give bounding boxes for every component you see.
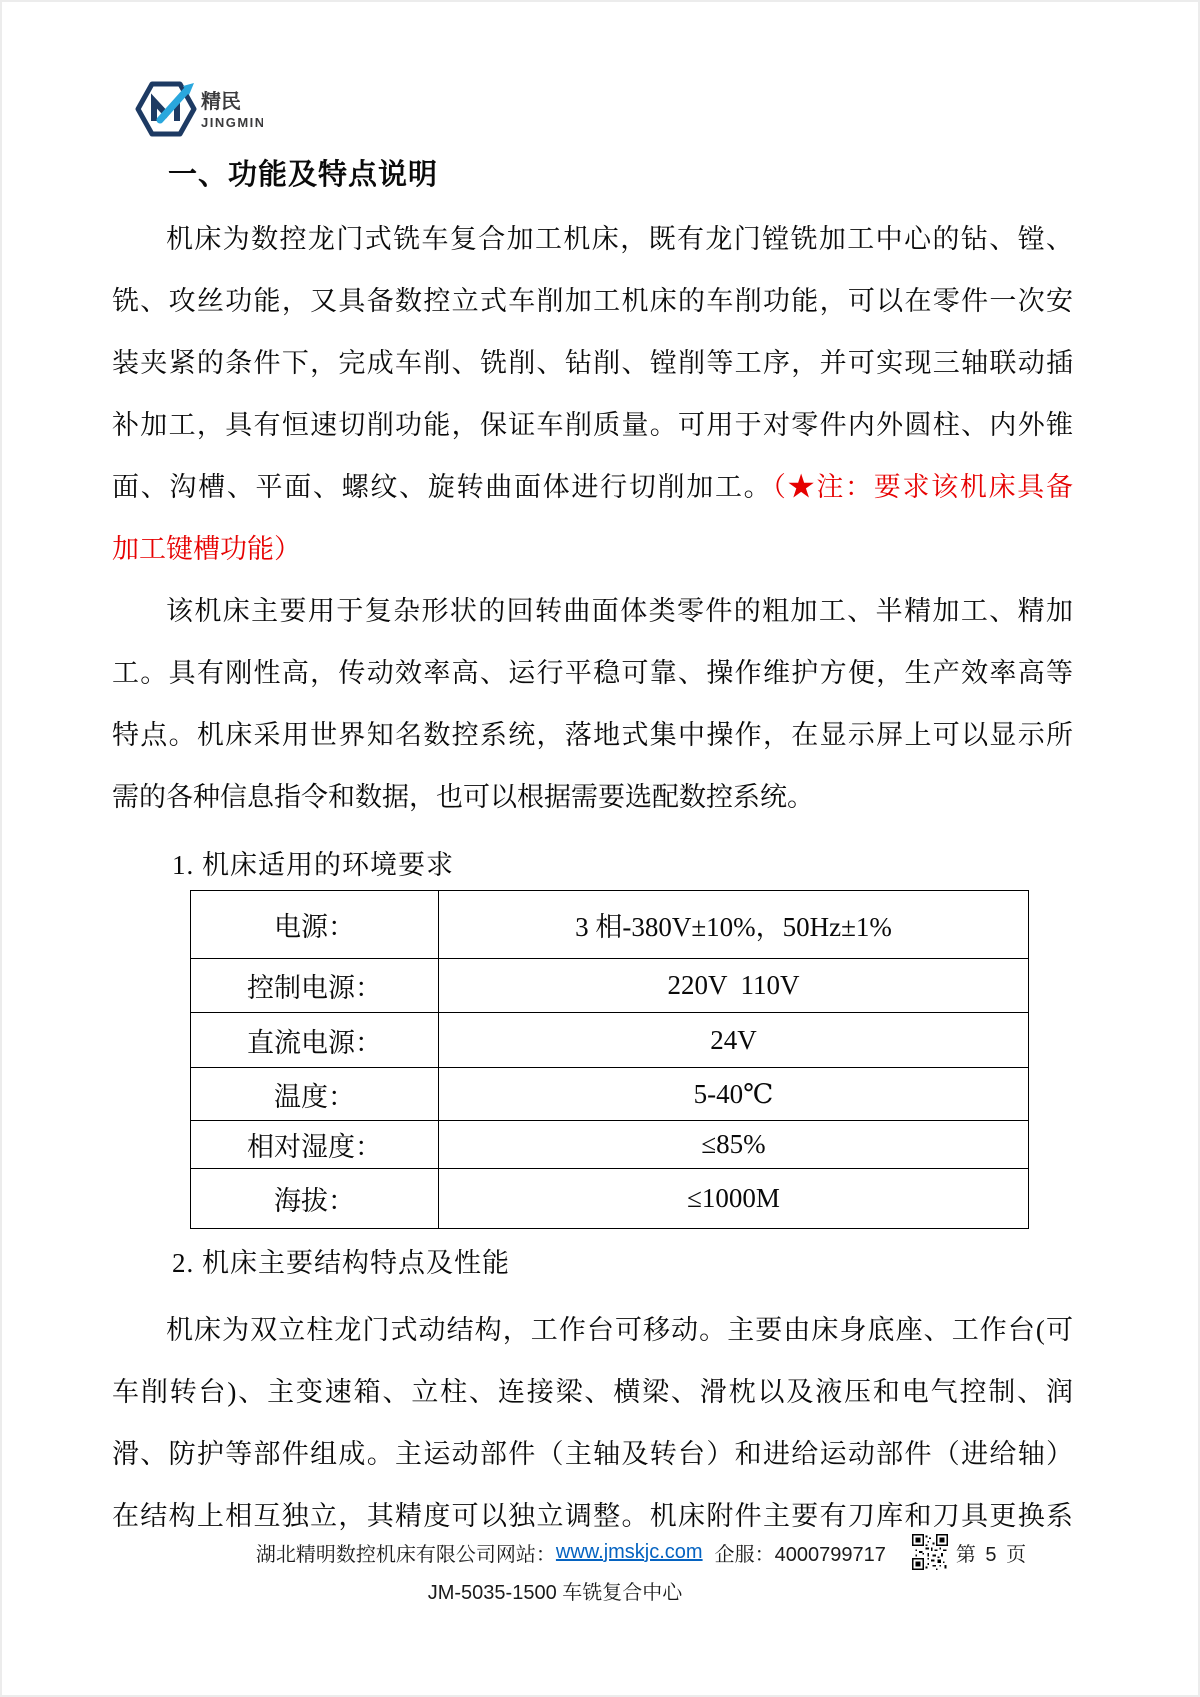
logo-text-cn: 精民 <box>201 89 241 113</box>
table-label-cell: 温度： <box>191 1068 439 1121</box>
footer-company-label: 湖北精明数控机床有限公司网站： <box>256 1538 556 1567</box>
paragraph-line: 面、沟槽、平面、螺纹、旋转曲面体进行切削加工。（★注：要求该机床具备 <box>112 456 1073 518</box>
page-number: 第 5 页 <box>956 1538 1028 1567</box>
table-value-cell: 3 相-380V±10%，50Hz±1% <box>439 891 1029 959</box>
website-link[interactable]: www.jmskjc.com <box>556 1541 703 1564</box>
table-label-cell: 直流电源： <box>191 1013 439 1068</box>
table-row: 控制电源： 220V 110V <box>191 959 1029 1013</box>
paragraph-2: 该机床主要用于复杂形状的回转曲面体类零件的粗加工、半精加工、精加 工。具有刚性高… <box>112 580 1073 828</box>
subsection-heading-structure: 2. 机床主要结构特点及性能 <box>172 1241 510 1280</box>
document-page: 精民 JINGMIN 一、功能及特点说明 机床为数控龙门式铣车复合加工机床，既有… <box>0 0 1200 1697</box>
qr-code-icon <box>912 1534 948 1570</box>
subsection-heading-environment: 1. 机床适用的环境要求 <box>172 843 454 882</box>
paragraph-line: 车削转台)、主变速箱、立柱、连接梁、横梁、滑枕以及液压和电气控制、润 <box>112 1361 1073 1423</box>
jingmin-logo-icon: 精民 JINGMIN <box>133 78 263 142</box>
highlight-note-text: （★注：要求该机床具备 <box>772 472 1073 502</box>
table-row: 电源： 3 相-380V±10%，50Hz±1% <box>191 891 1029 959</box>
logo-text-en: JINGMIN <box>201 115 263 130</box>
table-row: 海拔： ≤1000M <box>191 1169 1029 1229</box>
table-value-cell: ≤85% <box>439 1121 1029 1169</box>
table-value-cell: 5-40℃ <box>439 1068 1029 1121</box>
paragraph-line: 工。具有刚性高，传动效率高、运行平稳可靠、操作维护方便，生产效率高等 <box>112 642 1073 704</box>
paragraph-line: 需的各种信息指令和数据，也可以根据需要选配数控系统。 <box>112 766 1073 828</box>
table-value-cell: ≤1000M <box>439 1169 1029 1229</box>
paragraph-line: 滑、防护等部件组成。主运动部件（主轴及转台）和进给运动部件（进给轴） <box>112 1423 1073 1485</box>
table-row: 直流电源： 24V <box>191 1013 1029 1068</box>
table-row: 温度： 5-40℃ <box>191 1068 1029 1121</box>
env-requirements-table: 电源： 3 相-380V±10%，50Hz±1% 控制电源： 220V 110V… <box>190 890 1029 1229</box>
footer-service-label: 企服：4000799717 <box>715 1538 886 1567</box>
table-label-cell: 电源： <box>191 891 439 959</box>
footer-doc-title: JM-5035-1500 车铣复合中心 <box>0 1576 1110 1605</box>
paragraph-1: 机床为数控龙门式铣车复合加工机床，既有龙门镗铣加工中心的钻、镗、 铣、攻丝功能，… <box>112 208 1073 580</box>
page-footer: 湖北精明数控机床有限公司网站：www.jmskjc.com企服：40007997… <box>42 1534 1200 1570</box>
paragraph-3: 机床为双立柱龙门式动结构，工作台可移动。主要由床身底座、工作台(可 车削转台)、… <box>112 1299 1073 1547</box>
paragraph-line: 装夹紧的条件下，完成车削、铣削、钻削、镗削等工序，并可实现三轴联动插 <box>112 332 1073 394</box>
company-logo: 精民 JINGMIN <box>133 78 263 142</box>
table-row: 相对湿度： ≤85% <box>191 1121 1029 1169</box>
paragraph-line: 特点。机床采用世界知名数控系统，落地式集中操作，在显示屏上可以显示所 <box>112 704 1073 766</box>
paragraph-line: 铣、攻丝功能，又具备数控立式车削加工机床的车削功能，可以在零件一次安 <box>112 270 1073 332</box>
table-label-cell: 海拔： <box>191 1169 439 1229</box>
paragraph-line: 机床为双立柱龙门式动结构，工作台可移动。主要由床身底座、工作台(可 <box>112 1299 1073 1361</box>
paragraph-line: 机床为数控龙门式铣车复合加工机床，既有龙门镗铣加工中心的钻、镗、 <box>112 208 1073 270</box>
table-value-cell: 220V 110V <box>439 959 1029 1013</box>
paragraph-text: 面、沟槽、平面、螺纹、旋转曲面体进行切削加工。 <box>112 472 772 502</box>
table-label-cell: 控制电源： <box>191 959 439 1013</box>
table-label-cell: 相对湿度： <box>191 1121 439 1169</box>
table-value-cell: 24V <box>439 1013 1029 1068</box>
paragraph-line: 该机床主要用于复杂形状的回转曲面体类零件的粗加工、半精加工、精加 <box>112 580 1073 642</box>
paragraph-line: 补加工，具有恒速切削功能，保证车削质量。可用于对零件内外圆柱、内外锥 <box>112 394 1073 456</box>
highlight-note-text: 加工键槽功能） <box>112 518 1073 580</box>
section-heading: 一、功能及特点说明 <box>168 152 438 193</box>
